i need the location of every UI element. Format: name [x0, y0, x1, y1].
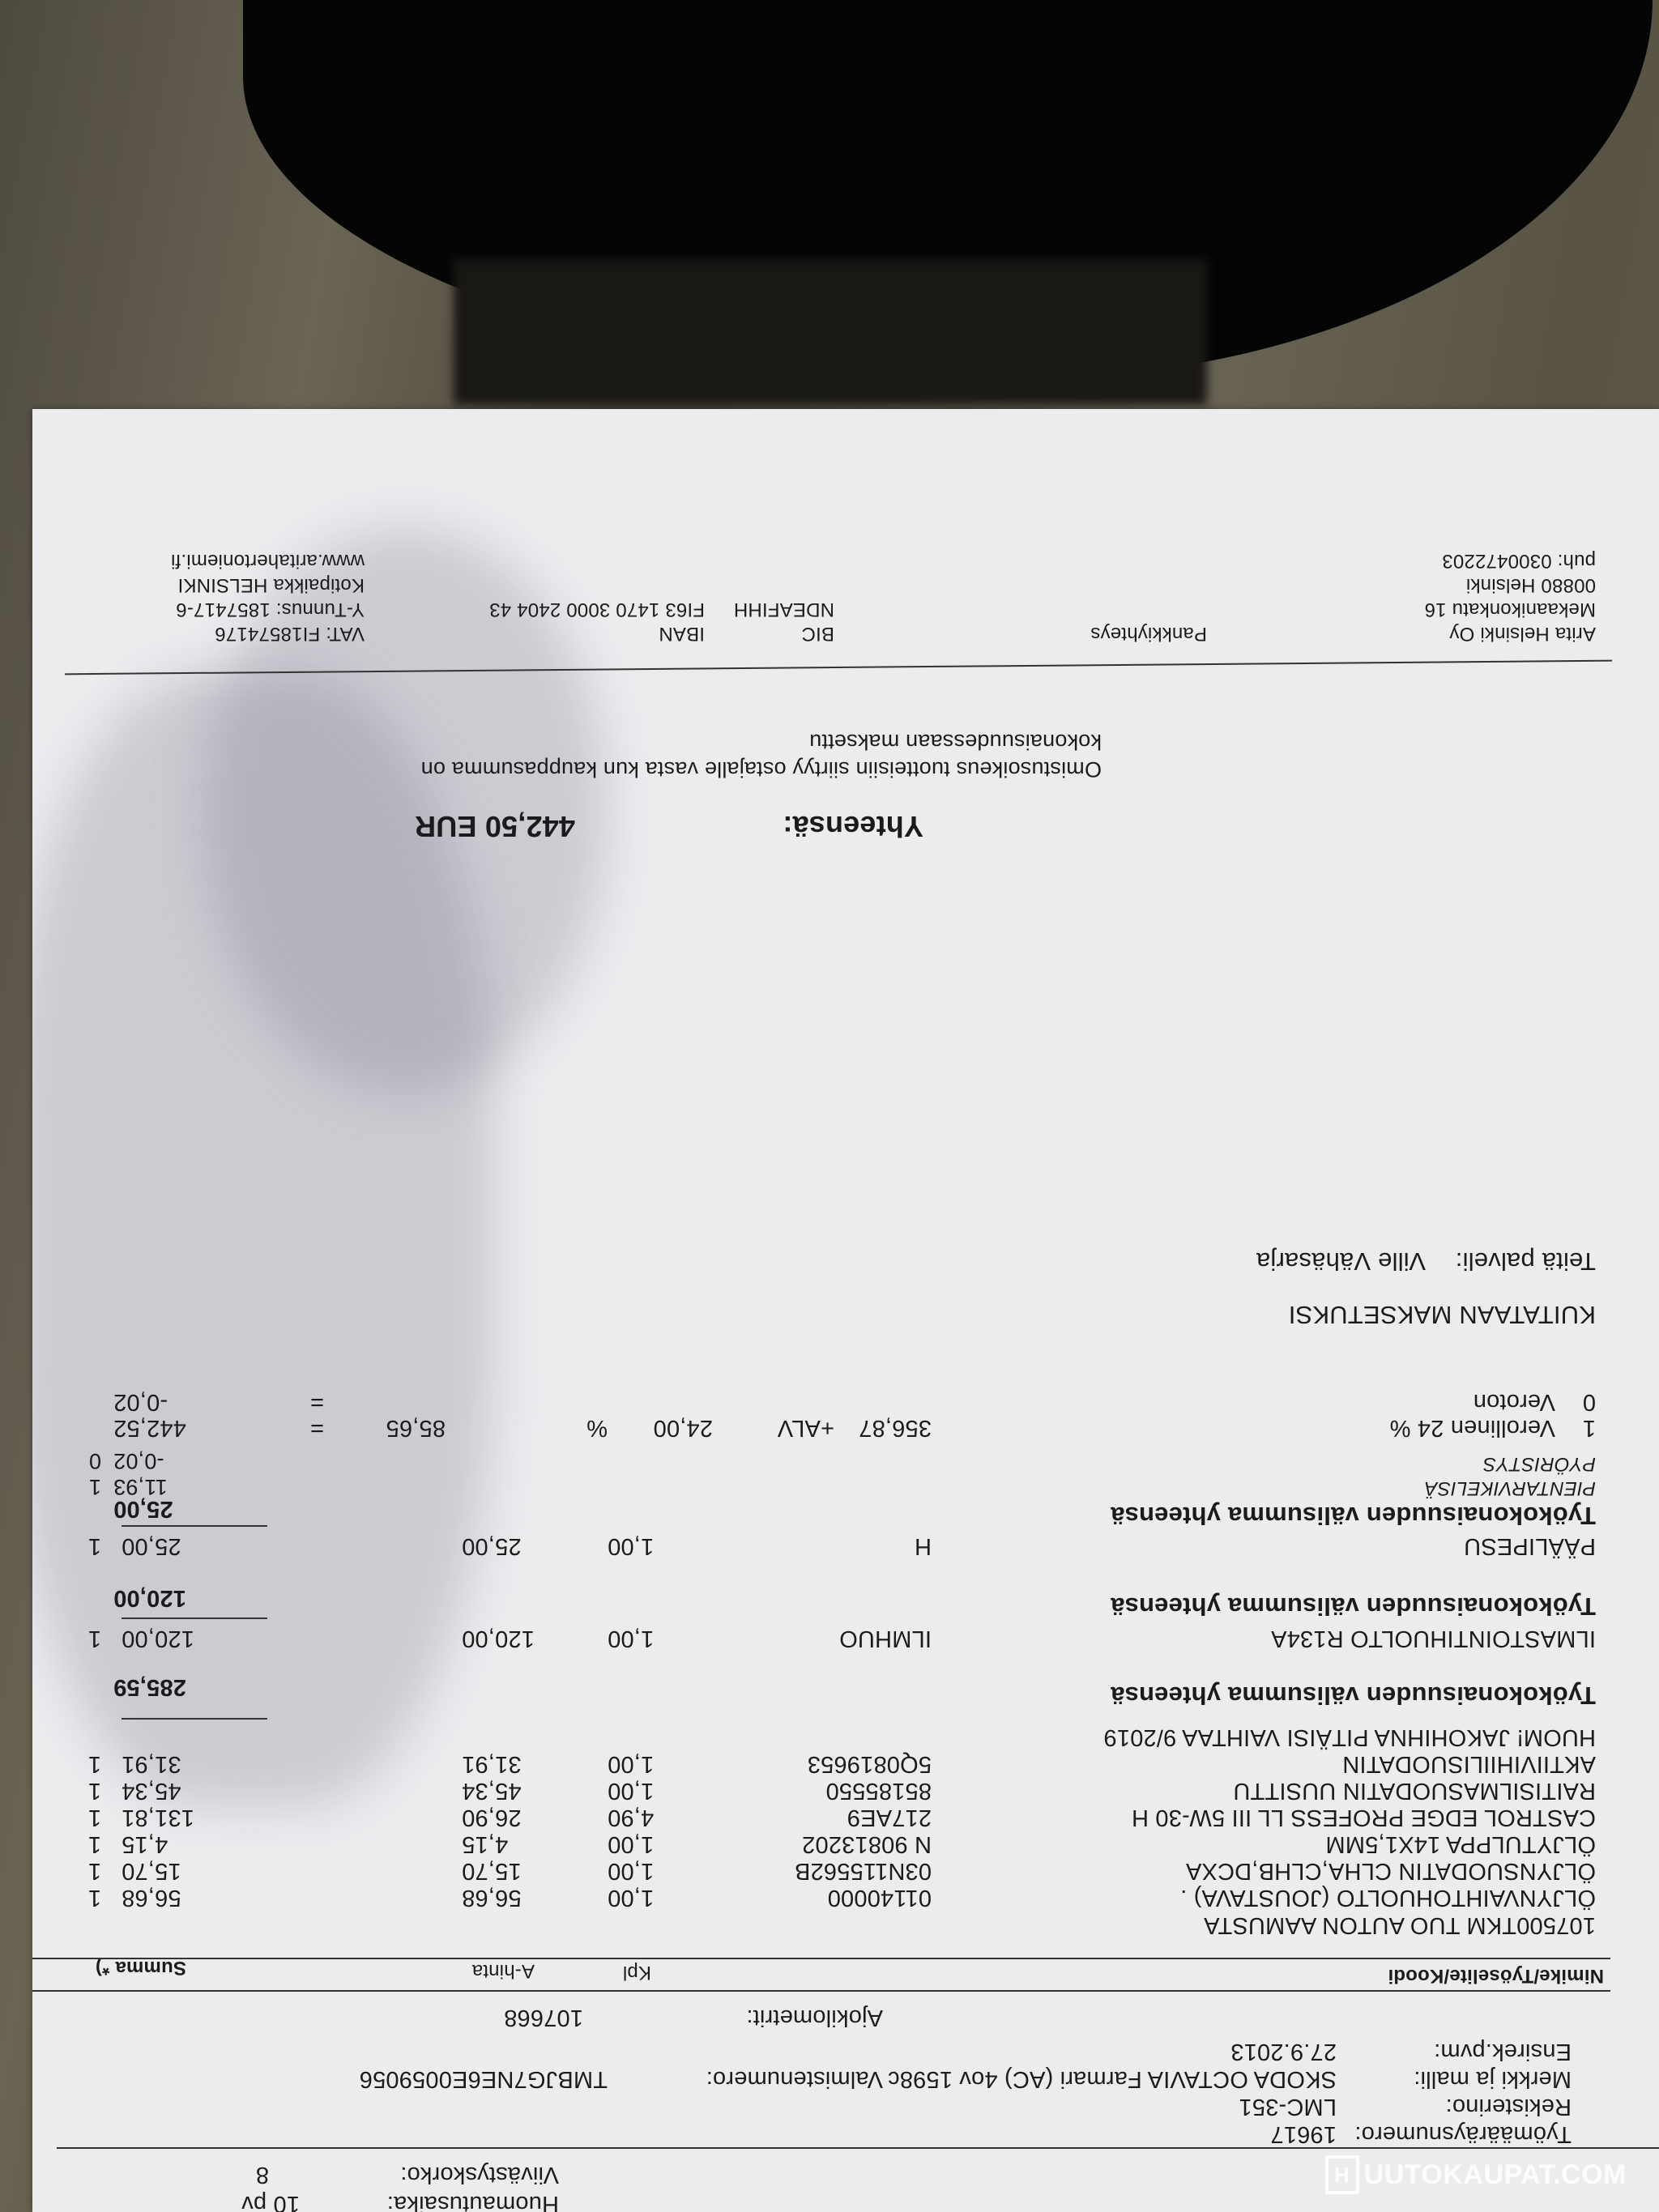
work-order-value: 19617	[1270, 2120, 1337, 2147]
mileage-value: 107668	[504, 2004, 583, 2031]
work-order-label: Työmääräysnumero:	[1354, 2120, 1572, 2147]
item-unit-price: 31,91	[462, 1750, 567, 1777]
item-sum: 120,00	[122, 1625, 259, 1652]
subtotal-rule	[122, 1525, 267, 1527]
item-unit-price: 25,00	[462, 1532, 567, 1559]
item-code: 85185550	[825, 1777, 932, 1804]
item-code: N 90813202	[802, 1831, 932, 1857]
footer-divider	[65, 660, 1612, 676]
column-header-sum: Summa *)	[96, 1956, 186, 1979]
footer-vat-id: VAT: FI18574176	[215, 622, 365, 645]
footer-phone: puh: 0300472203	[1442, 549, 1596, 572]
item-unit-price: 45,34	[462, 1777, 567, 1804]
payment-term-label: Huomautusaika:	[387, 2190, 559, 2212]
item-name: CASTROL EDGE PROFESS LL III 5W-30 H	[1132, 1804, 1596, 1831]
item-code: H	[915, 1532, 932, 1559]
item-code: 03N115562B	[795, 1857, 932, 1884]
divider	[32, 1958, 1610, 1959]
item-name: RAITISILMASUODATIN UUSITTU	[1233, 1777, 1596, 1804]
item-unit-price: 15,70	[462, 1857, 567, 1884]
vat-equals: =	[310, 1414, 324, 1441]
column-header-name: Nimike/Työselite/Koodi	[1388, 1964, 1604, 1987]
item-name: ÖLJYNSUODATIN CLHA,CLHB,DCXA	[1186, 1857, 1596, 1884]
subtotal-rule	[122, 1617, 267, 1619]
subtotal-label: Työkokonaisuuden välisumma yhteensä	[1111, 1592, 1596, 1621]
subtotal-value: 120,00	[113, 1584, 275, 1611]
vat-equals: =	[310, 1388, 324, 1415]
item-unit-price: 4,15	[462, 1831, 567, 1857]
item-name: PÄÄLIPESU	[1464, 1532, 1596, 1559]
watermark-text: UUTOKAUPAT.COM	[1364, 2159, 1627, 2191]
watermark-logo-icon: H	[1325, 2155, 1359, 2194]
subtotal-rule	[122, 1718, 267, 1720]
extra-vat-code: 1	[89, 1474, 101, 1499]
subtotal-value: 285,59	[113, 1673, 275, 1700]
vat-rate: 24,00	[653, 1414, 713, 1441]
item-qty: 1,00	[608, 1750, 697, 1777]
extra-sum: -0,02	[113, 1448, 251, 1473]
subtotal-label: Työkokonaisuuden välisumma yhteensä	[1111, 1681, 1596, 1710]
payment-term-value: 10 pv	[241, 2190, 300, 2212]
item-vat-code: 1	[88, 1857, 101, 1884]
item-qty: 1,00	[608, 1831, 697, 1857]
first-reg-label: Ensirek.pvm:	[1434, 2038, 1572, 2065]
item-name: ÖLJYTULPPA 14X1,5MM	[1325, 1831, 1596, 1857]
total-value: 442,50 EUR	[415, 809, 575, 843]
item-sum: 131,81	[122, 1804, 259, 1831]
first-reg-value: 27.9.2013	[1230, 2038, 1337, 2065]
vin-value: TMBJG7NE6E0059056	[360, 2065, 608, 2092]
item-sum: 25,00	[122, 1532, 259, 1559]
background-shadow	[454, 259, 1207, 405]
footer-bank-label: Pankkiyhteys	[1090, 622, 1207, 645]
vat-base: 356,87	[859, 1414, 932, 1441]
item-name: AKTIIVIHIILISUODATIN	[1342, 1750, 1596, 1777]
hand-shadow	[32, 673, 494, 1807]
served-by-name: Ville Vähäsarja	[1256, 1247, 1426, 1276]
vat-class-label: Verollinen 24 %	[1389, 1414, 1555, 1441]
footer-bic-value: NDEAFIHH	[734, 598, 834, 620]
item-vat-code: 1	[88, 1804, 101, 1831]
watermark: H UUTOKAUPAT.COM	[1325, 2155, 1627, 2194]
item-sum: 56,68	[122, 1884, 259, 1911]
footer-street: Mekaanikonkatu 16	[1424, 598, 1596, 620]
vat-class-label: Veroton	[1473, 1388, 1555, 1415]
item-vat-code: 1	[88, 1884, 101, 1911]
extra-label: PYÖRISTYS	[1483, 1452, 1596, 1475]
item-sum: 15,70	[122, 1857, 259, 1884]
divider	[32, 1990, 1610, 1992]
item-unit-price: 26,90	[462, 1804, 567, 1831]
item-sum: 45,34	[122, 1777, 259, 1804]
item-sum: 31,91	[122, 1750, 259, 1777]
item-qty: 1,00	[608, 1777, 697, 1804]
served-by-label: Teitä palveli:	[1456, 1247, 1596, 1276]
vat-amount: 85,65	[386, 1414, 446, 1441]
footer-website: www.aritahertoniemi.fi	[171, 549, 365, 572]
footer-bic-label: BIC	[801, 622, 834, 645]
vat-total: 442,52	[113, 1414, 243, 1441]
vat-total: -0,02	[113, 1388, 243, 1415]
item-qty: 1,00	[608, 1857, 697, 1884]
footer-iban-value: FI63 1470 3000 2404 43	[489, 598, 705, 620]
footer-city: 00880 Helsinki	[1466, 573, 1596, 596]
mileage-label: Ajokilometrit:	[746, 2004, 883, 2031]
vat-code: 0	[1583, 1388, 1596, 1415]
registration-value: LMC-351	[1239, 2093, 1337, 2120]
item-vat-code: 1	[88, 1750, 101, 1777]
item-qty: 4,90	[608, 1804, 697, 1831]
item-vat-code: 1	[88, 1831, 101, 1857]
ownership-note: Omistusoikeus tuotteisiin siirtyy ostaja…	[421, 757, 1102, 782]
column-header-qty: Kpl	[623, 1961, 651, 1984]
paid-note: KUITATAAN MAKSETUKSI	[1289, 1300, 1597, 1329]
item-unit-price: 56,68	[462, 1884, 567, 1911]
make-model-value: SKODA OCTAVIA Farmari (AC) 4ov 1598c	[888, 2065, 1337, 2092]
extra-vat-code: 0	[89, 1448, 101, 1473]
extra-sum: 11,93	[113, 1474, 251, 1499]
subtotal-label: Työkokonaisuuden välisumma yhteensä	[1111, 1501, 1596, 1530]
item-qty: 1,00	[608, 1532, 697, 1559]
vat-code: 1	[1583, 1414, 1596, 1441]
item-code: 5Q0819653	[808, 1750, 932, 1777]
footer-domicile: Kotipaikka HELSINKI	[177, 573, 365, 596]
divider	[57, 2147, 1659, 2149]
item-code: 01140000	[828, 1884, 932, 1911]
vat-pct: %	[586, 1414, 608, 1441]
registration-label: Rekisterino:	[1445, 2093, 1572, 2120]
footer-business-id: Y-Tunnus: 1857417-6	[176, 598, 365, 620]
invoice-paper: Huomautusaika: 10 pv Viivästyskorko: 8 T…	[32, 409, 1659, 2212]
footer-iban-label: IBAN	[659, 622, 705, 645]
item-name: HUOM! JAKOHIHNA PITÄISI VAIHTAA 9/2019	[1103, 1724, 1596, 1750]
item-name: ILMASTOINTIHUOLTO R134A	[1271, 1625, 1596, 1652]
item-vat-code: 1	[88, 1777, 101, 1804]
note-line: 107500TKM TUO AUTON AAMUSTA	[1204, 1912, 1596, 1938]
vat-alv-label: +ALV	[778, 1414, 834, 1441]
extra-label: PIENTARVIKELISÄ	[1424, 1477, 1596, 1499]
item-sum: 4,15	[122, 1831, 259, 1857]
late-interest-label: Viivästyskorko:	[400, 2161, 559, 2188]
item-qty: 1,00	[608, 1884, 697, 1911]
make-model-label: Merkki ja malli:	[1414, 2065, 1572, 2092]
item-name: ÖLJYNVAIHTOHUOLTO (JOUSTAVA) .	[1180, 1884, 1596, 1911]
footer-company: Arita Helsinki Oy	[1449, 622, 1596, 645]
item-vat-code: 1	[88, 1625, 101, 1652]
item-code: 217AE9	[847, 1804, 932, 1831]
late-interest-value: 8	[256, 2161, 269, 2188]
total-label: Yhteensä:	[783, 809, 923, 843]
item-vat-code: 1	[88, 1532, 101, 1559]
column-header-unit-price: A-hinta	[472, 1959, 535, 1982]
item-code: ILMHUO	[839, 1625, 932, 1652]
item-qty: 1,00	[608, 1625, 697, 1652]
item-unit-price: 120,00	[462, 1625, 567, 1652]
ownership-note: kokonaisuudessaan maksettu	[809, 729, 1102, 754]
vin-label: Valmistenumero:	[706, 2065, 883, 2092]
